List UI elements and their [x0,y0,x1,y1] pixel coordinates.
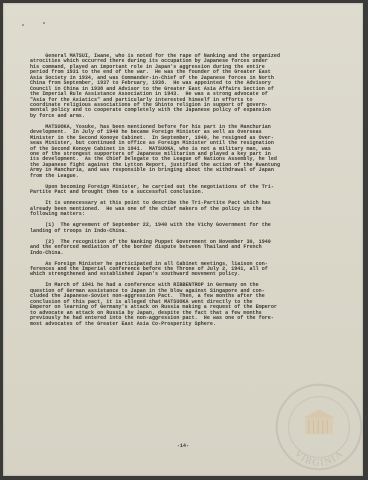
document-body: General MATSUI, Iwane, who is noted for … [30,54,350,333]
paragraph: MATSUOKA, Yosuke, has been mentioned bef… [30,125,350,179]
text-line: by force and arms. [30,114,350,119]
text-line: Indo-China. [30,251,350,256]
text-line: most advocates of the Greater East Asia … [30,322,350,327]
paragraph: It is unnecessary at this point to descr… [30,201,350,217]
text-line: from the League. [30,174,350,179]
document-page: General MATSUI, Iwane, who is noted for … [3,3,363,476]
paragraph: In March of 1941 he had a conference wit… [30,283,350,327]
text-line: landing of troops in Indo-China. [30,229,350,234]
paragraph: (1) The agreement of September 22, 1940 … [30,223,350,234]
paragraph: Upon becoming Foreign Minister, he carri… [30,185,350,196]
paragraph: As Foreign Minister he participated in a… [30,262,350,278]
scan-speck [43,22,45,24]
text-line: following matters: [30,212,350,217]
scan-speck [22,24,24,26]
text-line: Partite Pact and brought them to a succe… [30,190,350,195]
paragraph: (2) The recognition of the Nanking Puppe… [30,240,350,256]
university-seal-icon: VIRGINIA [273,381,363,473]
paragraph: General MATSUI, Iwane, who is noted for … [30,54,350,119]
text-line: which strengthened and established Japan… [30,272,350,277]
